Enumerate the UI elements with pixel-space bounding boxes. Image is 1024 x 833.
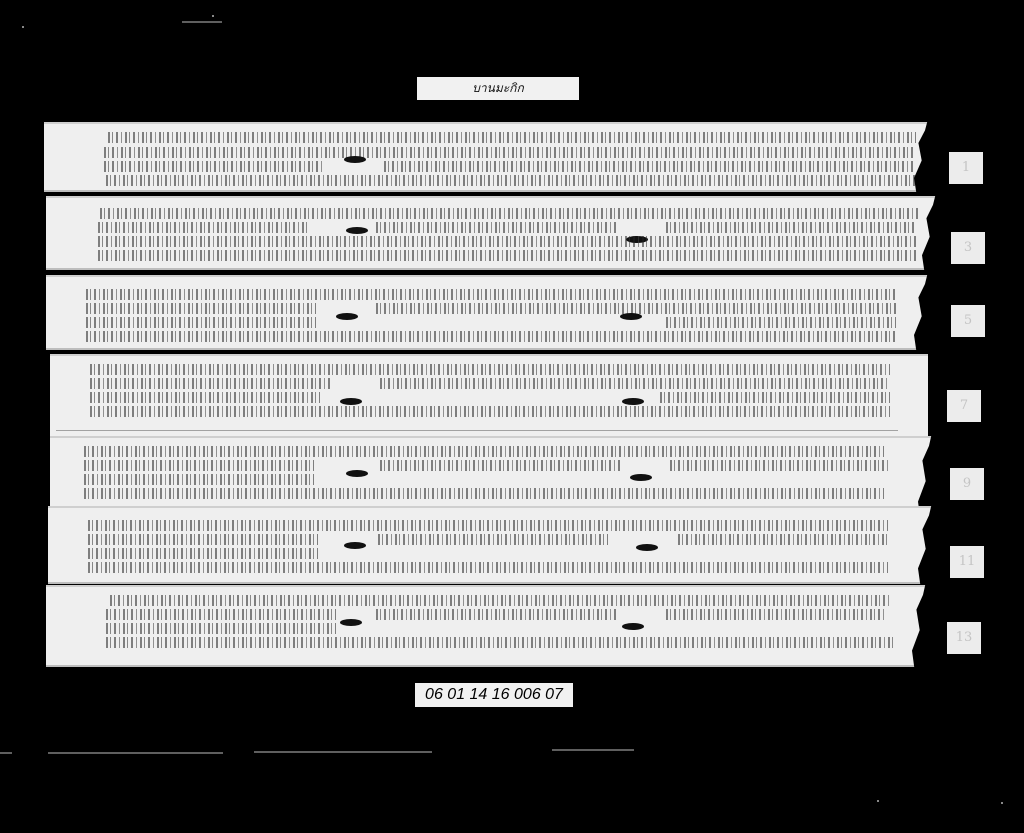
- script-line: [90, 364, 890, 375]
- script-line: [84, 474, 314, 485]
- ruling-line: [56, 430, 898, 431]
- page-tag-3: 3: [951, 232, 985, 264]
- page-tag-13: 13: [947, 622, 981, 654]
- script-line: [106, 623, 336, 634]
- script-line: [104, 161, 324, 172]
- script-line: [380, 460, 620, 471]
- script-line: [108, 132, 916, 143]
- film-scratch: [552, 749, 634, 751]
- script-line: [90, 378, 330, 389]
- binding-hole: [346, 227, 368, 234]
- title-label: บานมะกิก: [417, 77, 579, 100]
- binding-hole: [340, 398, 362, 405]
- manuscript-leaf-4: [50, 354, 928, 440]
- script-line: [666, 222, 916, 233]
- script-line: [86, 317, 316, 328]
- page-tag-5: 5: [951, 305, 985, 337]
- film-dust: [1001, 802, 1003, 804]
- manuscript-leaf-3: [46, 275, 936, 350]
- script-line: [98, 222, 308, 233]
- script-line: [670, 460, 890, 471]
- film-scratch: [182, 21, 222, 23]
- script-line: [88, 548, 318, 559]
- binding-hole: [340, 619, 362, 626]
- script-line: [380, 378, 890, 389]
- script-line: [106, 175, 916, 186]
- manuscript-leaf-7: [46, 585, 934, 667]
- manuscript-leaf-6: [48, 506, 940, 584]
- page-tag-9: 9: [950, 468, 984, 500]
- script-line: [110, 595, 890, 606]
- script-line: [86, 289, 896, 300]
- script-line: [376, 222, 616, 233]
- script-line: [660, 392, 890, 403]
- film-dust: [212, 15, 214, 17]
- script-line: [666, 609, 886, 620]
- script-line: [88, 534, 318, 545]
- script-line: [106, 637, 896, 648]
- film-dust: [22, 26, 24, 28]
- script-line: [376, 303, 896, 314]
- torn-edge: [914, 122, 936, 192]
- page-tag-7: 7: [947, 390, 981, 422]
- film-dust: [877, 800, 879, 802]
- script-line: [100, 208, 920, 219]
- script-line: [84, 488, 884, 499]
- script-line: [84, 446, 884, 457]
- torn-edge: [922, 196, 944, 270]
- script-line: [86, 303, 316, 314]
- script-line: [384, 161, 914, 172]
- manuscript-leaf-1: [44, 122, 936, 192]
- binding-hole: [344, 156, 366, 163]
- script-line: [106, 609, 336, 620]
- script-line: [98, 250, 918, 261]
- torn-edge: [918, 506, 940, 584]
- manuscript-leaf-2: [46, 196, 944, 270]
- script-line: [88, 562, 888, 573]
- script-line: [104, 147, 916, 158]
- binding-hole: [346, 470, 368, 477]
- film-scratch: [48, 752, 223, 754]
- binding-hole: [344, 542, 366, 549]
- script-line: [86, 331, 896, 342]
- binding-hole: [336, 313, 358, 320]
- script-line: [666, 317, 896, 328]
- binding-hole: [622, 623, 644, 630]
- film-scratch: [0, 752, 12, 754]
- binding-hole: [620, 313, 642, 320]
- script-line: [90, 392, 320, 403]
- script-line: [378, 534, 608, 545]
- page-tag-1: 1: [949, 152, 983, 184]
- script-line: [376, 609, 616, 620]
- torn-edge: [914, 275, 936, 350]
- script-line: [98, 236, 918, 247]
- binding-hole: [636, 544, 658, 551]
- page-tag-11: 11: [950, 546, 984, 578]
- script-line: [84, 460, 314, 471]
- reel-id-label: 06 01 14 16 006 07: [415, 683, 573, 707]
- torn-edge: [912, 585, 934, 667]
- script-line: [90, 406, 890, 417]
- film-scratch: [254, 751, 432, 753]
- script-line: [88, 520, 888, 531]
- binding-hole: [630, 474, 652, 481]
- script-line: [678, 534, 888, 545]
- binding-hole: [622, 398, 644, 405]
